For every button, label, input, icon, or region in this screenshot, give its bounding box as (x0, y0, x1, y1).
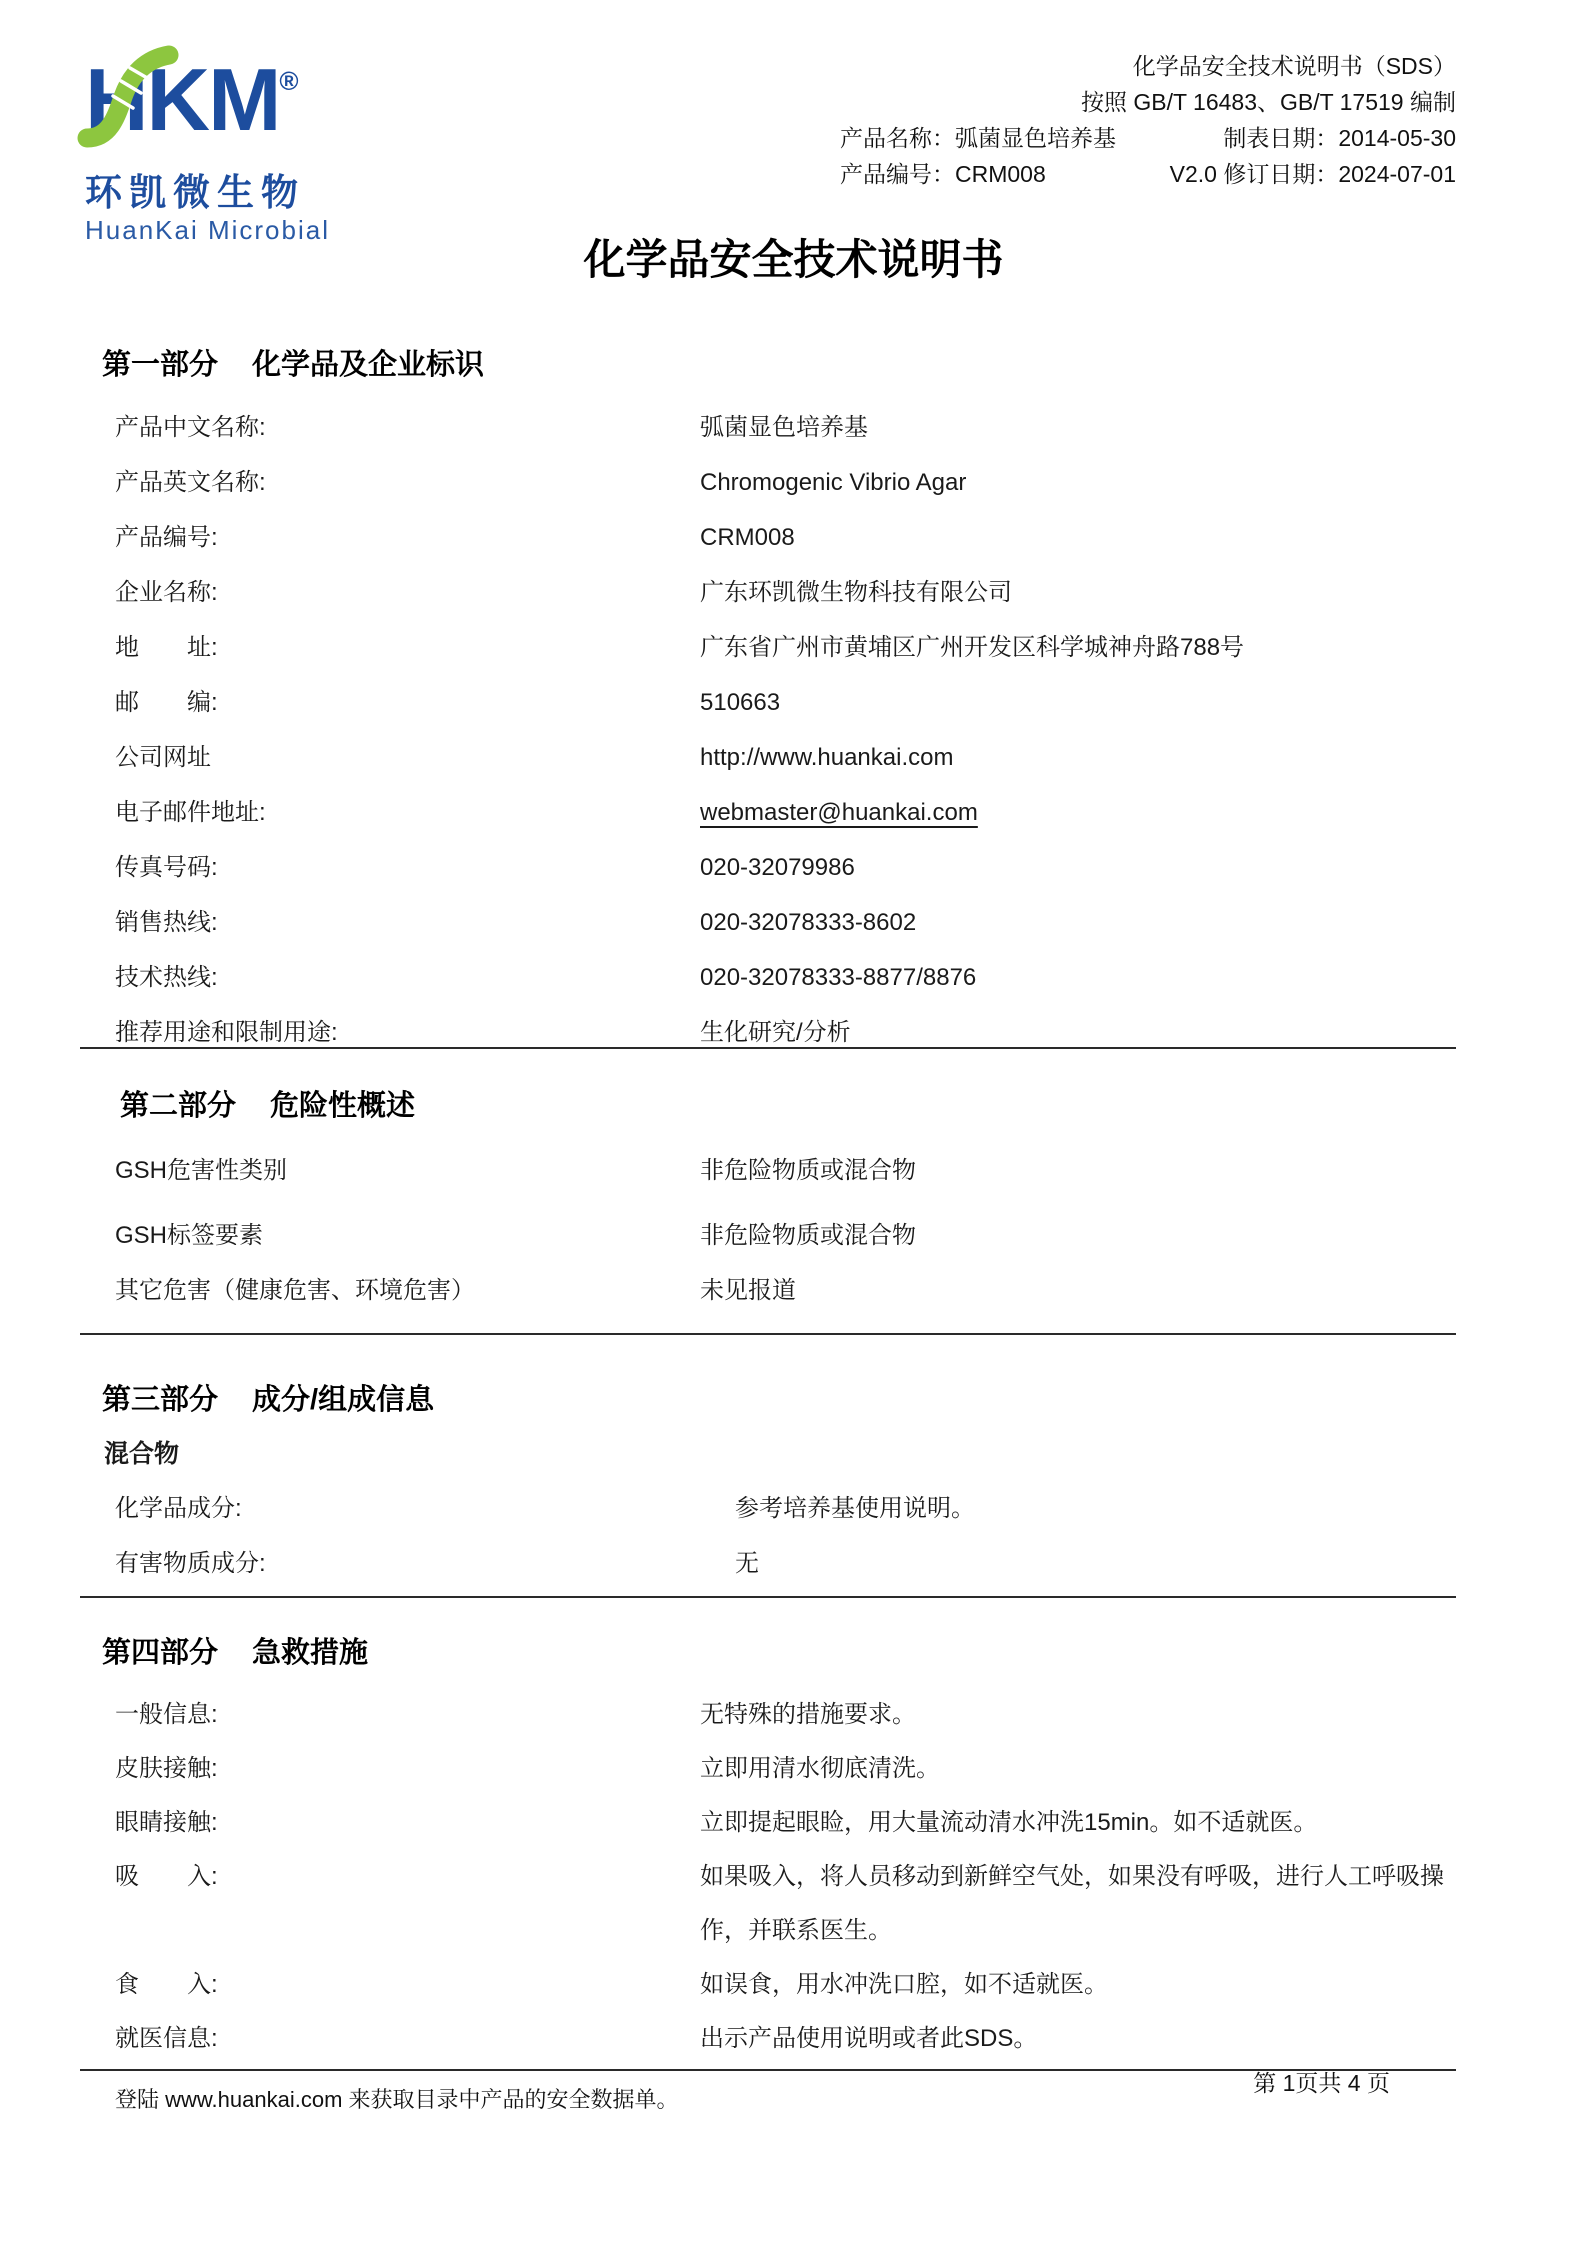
logo-chinese-name: 环凯微生物 (85, 171, 405, 215)
section-number: 第四部分 (102, 1637, 218, 1669)
field-row: 其它危害（健康危害、环境危害）未见报道 (80, 1263, 1456, 1318)
field-label: GSH危害性类别 (115, 1143, 700, 1198)
field-row: 就医信息:出示产品使用说明或者此SDS。 (80, 2012, 1456, 2066)
section-number: 第三部分 (102, 1384, 218, 1416)
field-label: 皮肤接触: (115, 1742, 700, 1796)
page-number: 第 1页共 4 页 (1253, 2070, 1390, 2096)
field-label: 食 入: (115, 1958, 700, 2012)
field-label: 公司网址 (115, 730, 700, 785)
section-number: 第二部分 (120, 1090, 236, 1122)
mixture-subheading: 混合物 (80, 1433, 1456, 1475)
section-title: 成分/组成信息 (252, 1384, 434, 1416)
field-label: 地 址: (115, 620, 700, 675)
field-value: 生化研究/分析 (700, 1005, 1456, 1060)
field-value: 未见报道 (700, 1263, 1456, 1318)
section-title: 化学品及企业标识 (252, 349, 484, 381)
field-label: 产品中文名称: (115, 400, 700, 455)
section-hazards: 第二部分危险性概述 GSH危害性类别非危险物质或混合物 GSH标签要素非危险物质… (80, 1085, 1456, 1318)
field-row: 产品编号:CRM008 (80, 510, 1456, 565)
field-label: 邮 编: (115, 675, 700, 730)
website-url: http://www.huankai.com (700, 730, 1456, 785)
field-value: CRM008 (700, 510, 1456, 565)
field-value: 非危险物质或混合物 (700, 1208, 1456, 1263)
email-link[interactable]: webmaster@huankai.com (700, 785, 1456, 840)
section-first-aid: 第四部分急救措施 一般信息:无特殊的措施要求。 皮肤接触:立即用清水彻底清洗。 … (80, 1632, 1456, 2066)
section-divider (80, 1596, 1456, 1598)
footer-note: 登陆 www.huankai.com 来获取目录中产品的安全数据单。 (115, 2086, 679, 2114)
section-heading: 第三部分成分/组成信息 (80, 1379, 1456, 1421)
field-value: Chromogenic Vibrio Agar (700, 455, 1456, 510)
created-date-line: 制表日期：2014-05-30 (1223, 120, 1456, 156)
field-row: 有害物质成分:无 (80, 1536, 1456, 1591)
field-label: 企业名称: (115, 565, 700, 620)
field-row: 产品英文名称:Chromogenic Vibrio Agar (80, 455, 1456, 510)
field-row: 技术热线:020-32078333-8877/8876 (80, 950, 1456, 1005)
field-label: 产品编号: (115, 510, 700, 565)
field-value: 非危险物质或混合物 (700, 1143, 1456, 1198)
section-title: 急救措施 (252, 1637, 368, 1669)
field-row: 企业名称:广东环凯微生物科技有限公司 (80, 565, 1456, 620)
field-row: 公司网址http://www.huankai.com (80, 730, 1456, 785)
field-row: 地 址:广东省广州市黄埔区广州开发区科学城神舟路788号 (80, 620, 1456, 675)
company-logo: HKM® 环凯微生物 HuanKai Microbial (85, 36, 405, 245)
field-value: 无特殊的措施要求。 (700, 1688, 1456, 1742)
field-value: 参考培养基使用说明。 (735, 1481, 1456, 1536)
field-value: 出示产品使用说明或者此SDS。 (700, 2012, 1456, 2066)
field-label: 眼睛接触: (115, 1796, 700, 1850)
field-value: 510663 (700, 675, 1456, 730)
revision-line: V2.0 修订日期：2024-07-01 (1170, 156, 1456, 192)
field-label: 就医信息: (115, 2012, 700, 2066)
section-composition: 第三部分成分/组成信息 混合物 化学品成分:参考培养基使用说明。 有害物质成分:… (80, 1379, 1456, 1591)
section-identification: 第一部分化学品及企业标识 产品中文名称:弧菌显色培养基 产品英文名称:Chrom… (80, 344, 1456, 1060)
field-row: 销售热线:020-32078333-8602 (80, 895, 1456, 950)
field-row: 电子邮件地址:webmaster@huankai.com (80, 785, 1456, 840)
field-value: 立即提起眼睑，用大量流动清水冲洗15min。如不适就医。 (700, 1796, 1456, 1850)
field-value: 如果吸入，将人员移动到新鲜空气处，如果没有呼吸，进行人工呼吸操作，并联系医生。 (700, 1850, 1456, 1958)
section-divider (80, 1047, 1456, 1049)
field-row: GSH危害性类别非危险物质或混合物 (80, 1143, 1456, 1198)
field-value: 020-32078333-8877/8876 (700, 950, 1456, 1005)
field-label: 传真号码: (115, 840, 700, 895)
field-label: GSH标签要素 (115, 1208, 700, 1263)
section-heading: 第一部分化学品及企业标识 (80, 344, 1456, 386)
footer-divider (80, 2069, 1456, 2071)
standard-line: 按照 GB/T 16483、GB/T 17519 编制 (840, 84, 1456, 120)
field-row: 推荐用途和限制用途:生化研究/分析 (80, 1005, 1456, 1060)
field-value: 广东省广州市黄埔区广州开发区科学城神舟路788号 (700, 620, 1456, 675)
field-label: 产品英文名称: (115, 455, 700, 510)
field-label: 化学品成分: (115, 1481, 735, 1536)
product-code-line: 产品编号：CRM008 (840, 156, 1046, 192)
field-row: 皮肤接触:立即用清水彻底清洗。 (80, 1742, 1456, 1796)
field-row: 一般信息:无特殊的措施要求。 (80, 1688, 1456, 1742)
section-divider (80, 1333, 1456, 1335)
field-value: 立即用清水彻底清洗。 (700, 1742, 1456, 1796)
registered-trademark-icon: ® (279, 66, 298, 96)
field-value: 弧菌显色培养基 (700, 400, 1456, 455)
page-title: 化学品安全技术说明书 (0, 234, 1587, 286)
field-label: 吸 入: (115, 1850, 700, 1958)
section-number: 第一部分 (102, 349, 218, 381)
field-value: 无 (735, 1536, 1456, 1591)
section-heading: 第四部分急救措施 (80, 1632, 1456, 1674)
section-title: 危险性概述 (270, 1090, 415, 1122)
field-value: 如误食，用水冲洗口腔，如不适就医。 (700, 1958, 1456, 2012)
field-row: 吸 入:如果吸入，将人员移动到新鲜空气处，如果没有呼吸，进行人工呼吸操作，并联系… (80, 1850, 1456, 1958)
field-label: 推荐用途和限制用途: (115, 1005, 700, 1060)
field-value: 020-32079986 (700, 840, 1456, 895)
field-label: 销售热线: (115, 895, 700, 950)
doc-type-line: 化学品安全技术说明书（SDS） (840, 48, 1456, 84)
field-label: 技术热线: (115, 950, 700, 1005)
field-label: 有害物质成分: (115, 1536, 735, 1591)
section-heading: 第二部分危险性概述 (80, 1085, 1456, 1127)
field-row: 产品中文名称:弧菌显色培养基 (80, 400, 1456, 455)
field-row: 传真号码:020-32079986 (80, 840, 1456, 895)
field-row: 化学品成分:参考培养基使用说明。 (80, 1481, 1456, 1536)
field-row: 食 入:如误食，用水冲洗口腔，如不适就医。 (80, 1958, 1456, 2012)
field-row: GSH标签要素非危险物质或混合物 (80, 1208, 1456, 1263)
field-label: 一般信息: (115, 1688, 700, 1742)
field-value: 020-32078333-8602 (700, 895, 1456, 950)
dna-ribbon-icon (71, 32, 231, 152)
product-name-line: 产品名称：弧菌显色培养基 (840, 120, 1116, 156)
field-value: 广东环凯微生物科技有限公司 (700, 565, 1456, 620)
field-row: 邮 编:510663 (80, 675, 1456, 730)
field-label: 其它危害（健康危害、环境危害） (115, 1263, 700, 1318)
document-header-info: 化学品安全技术说明书（SDS） 按照 GB/T 16483、GB/T 17519… (840, 48, 1456, 192)
field-row: 眼睛接触:立即提起眼睑，用大量流动清水冲洗15min。如不适就医。 (80, 1796, 1456, 1850)
sds-document-page: HKM® 环凯微生物 HuanKai Microbial 化学品安全技术说明书（… (0, 0, 1587, 2245)
field-label: 电子邮件地址: (115, 785, 700, 840)
